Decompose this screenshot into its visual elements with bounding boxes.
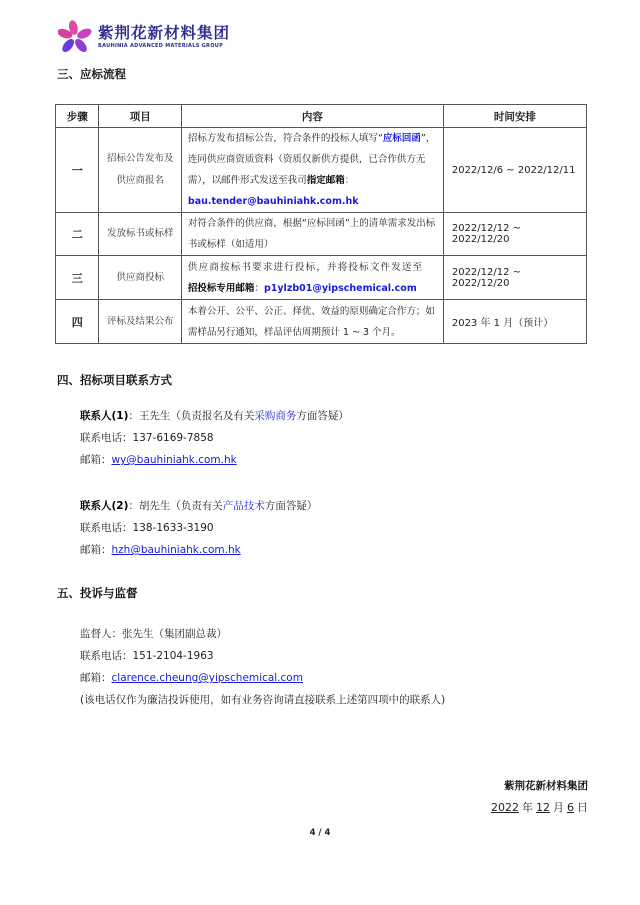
phone-number: 137-6169-7858 (133, 432, 214, 444)
colon: ： (254, 283, 264, 294)
contact-name: ：胡先生（负责有关 (128, 500, 223, 512)
section-title-contacts: 四、招标项目联系方式 (57, 372, 172, 388)
contact-label: 联系人(1) (80, 410, 128, 422)
header-content: 内容 (181, 105, 443, 128)
item-cell: 供应商投标 (99, 256, 181, 300)
contact-name: ：王先生（负责报名及有关 (128, 410, 254, 422)
tender-email-link[interactable]: bau.tender@bauhiniahk.com.hk (188, 196, 359, 207)
signature-date: 2022年12月6日 (488, 799, 588, 815)
header-time: 时间安排 (443, 105, 586, 128)
month-unit: 月 (553, 801, 564, 814)
contact-block-1: 联系人(1)：王先生（负责报名及有关采购商务方面答疑） 联系电话：137-616… (80, 405, 349, 471)
contact-name-suffix: 方面答疑） (296, 410, 349, 422)
contact-email-line: 邮箱：wy@bauhiniahk.com.hk (80, 449, 349, 471)
contact-email-link[interactable]: hzh@bauhiniahk.com.hk (112, 544, 241, 556)
responsibility-highlight: 产品技术 (223, 500, 265, 512)
supervisor-email-line: 邮箱：clarence.cheung@yipschemical.com (80, 667, 445, 689)
time-cell: 2022/12/12 ~ 2022/12/20 (443, 213, 586, 256)
time-cell: 2023 年 1 月（预计） (443, 300, 586, 344)
company-logo: 紫荆花新材料集团 BAUHINIA ADVANCED MATERIALS GRO… (58, 18, 230, 56)
bid-email-label: 招投标专用邮箱 (188, 283, 255, 294)
step-cell: 二 (56, 213, 99, 256)
designated-email-label: 指定邮箱 (307, 175, 345, 186)
date-year: 2022 (488, 801, 522, 814)
content-cell: 本着公开、公平、公正、择优、效益的原则确定合作方；如需样品另行通知，样品评估周期… (181, 300, 443, 344)
quote-close: ”， (421, 133, 435, 144)
bauhinia-flower-logo-icon (58, 20, 92, 54)
table-row: 三 供应商投标 供应商按标书要求进行投标，并将投标文件发送至 招投标专用邮箱：p… (56, 256, 587, 300)
table-row: 一 招标公告发布及供应商报名 招标方发布招标公告，符合条件的投标人填写“应标回函… (56, 128, 587, 213)
company-name-en: BAUHINIA ADVANCED MATERIALS GROUP (98, 42, 230, 50)
bid-email-link[interactable]: p1ylzb01@yipschemical.com (264, 283, 417, 294)
contact-email-link[interactable]: wy@bauhiniahk.com.hk (112, 454, 237, 466)
email-label: 邮箱： (80, 544, 112, 556)
table-header-row: 步骤 项目 内容 时间安排 (56, 105, 587, 128)
company-name-cn: 紫荆花新材料集团 (98, 25, 230, 42)
response-letter-highlight: 应标回函 (383, 133, 421, 144)
date-day: 6 (564, 801, 577, 814)
step-cell: 四 (56, 300, 99, 344)
contact-block-2: 联系人(2)：胡先生（负责有关产品技术方面答疑） 联系电话：138-1633-3… (80, 495, 317, 561)
contact-phone-line: 联系电话：137-6169-7858 (80, 427, 349, 449)
contact-email-line: 邮箱：hzh@bauhiniahk.com.hk (80, 539, 317, 561)
step-cell: 三 (56, 256, 99, 300)
supervisor-block: 监督人：张先生（集团副总裁） 联系电话：151-2104-1963 邮箱：cla… (80, 623, 445, 711)
complaint-note: (该电话仅作为廉洁投诉使用，如有业务咨询请直接联系上述第四项中的联系人) (80, 689, 445, 711)
header-item: 项目 (99, 105, 181, 128)
page-number: 4 / 4 (0, 828, 640, 838)
content-cell: 供应商按标书要求进行投标，并将投标文件发送至 招投标专用邮箱：p1ylzb01@… (181, 256, 443, 300)
email-label: 邮箱： (80, 672, 112, 684)
content-text: 供应商按标书要求进行投标，并将投标文件发送至 (188, 262, 423, 273)
contact-name-line: 联系人(2)：胡先生（负责有关产品技术方面答疑） (80, 495, 317, 517)
item-cell: 评标及结果公布 (99, 300, 181, 344)
contact-name-line: 联系人(1)：王先生（负责报名及有关采购商务方面答疑） (80, 405, 349, 427)
header-step: 步骤 (56, 105, 99, 128)
section-title-complaints: 五、投诉与监督 (57, 585, 138, 601)
day-unit: 日 (577, 801, 588, 814)
time-cell: 2022/12/12 ~ 2022/12/20 (443, 256, 586, 300)
item-cell: 招标公告发布及供应商报名 (99, 128, 181, 213)
phone-label: 联系电话： (80, 522, 133, 534)
content-cell: 招标方发布招标公告，符合条件的投标人填写“应标回函”，连同供应商资质资料（资质仅… (181, 128, 443, 213)
signature-company: 紫荆花新材料集团 (504, 778, 588, 793)
item-cell: 发放标书或标样 (99, 213, 181, 256)
contact-phone-line: 联系电话：138-1633-3190 (80, 517, 317, 539)
time-cell: 2022/12/6 ~ 2022/12/11 (443, 128, 586, 213)
supervisor-phone-line: 联系电话：151-2104-1963 (80, 645, 445, 667)
content-text: 招标方发布招标公告，符合条件的投标人填写 (188, 133, 378, 144)
phone-number: 138-1633-3190 (133, 522, 214, 534)
contact-name-suffix: 方面答疑） (265, 500, 318, 512)
phone-label: 联系电话： (80, 432, 133, 444)
content-cell: 对符合条件的供应商，根据“应标回函”上的清单需求发出标书或标样（如适用） (181, 213, 443, 256)
date-month: 12 (533, 801, 553, 814)
contact-label: 联系人(2) (80, 500, 128, 512)
email-label: 邮箱： (80, 454, 112, 466)
supervisor-email-link[interactable]: clarence.cheung@yipschemical.com (112, 672, 303, 684)
phone-label: 联系电话： (80, 650, 133, 662)
section-title-bidding-process: 三、应标流程 (57, 66, 126, 82)
supervisor-line: 监督人：张先生（集团副总裁） (80, 623, 445, 645)
bidding-process-table: 步骤 项目 内容 时间安排 一 招标公告发布及供应商报名 招标方发布招标公告，符… (55, 104, 587, 344)
colon: ： (345, 175, 355, 186)
year-unit: 年 (522, 801, 533, 814)
table-row: 四 评标及结果公布 本着公开、公平、公正、择优、效益的原则确定合作方；如需样品另… (56, 300, 587, 344)
table-row: 二 发放标书或标样 对符合条件的供应商，根据“应标回函”上的清单需求发出标书或标… (56, 213, 587, 256)
responsibility-highlight: 采购商务 (254, 410, 296, 422)
step-cell: 一 (56, 128, 99, 213)
phone-number: 151-2104-1963 (133, 650, 214, 662)
